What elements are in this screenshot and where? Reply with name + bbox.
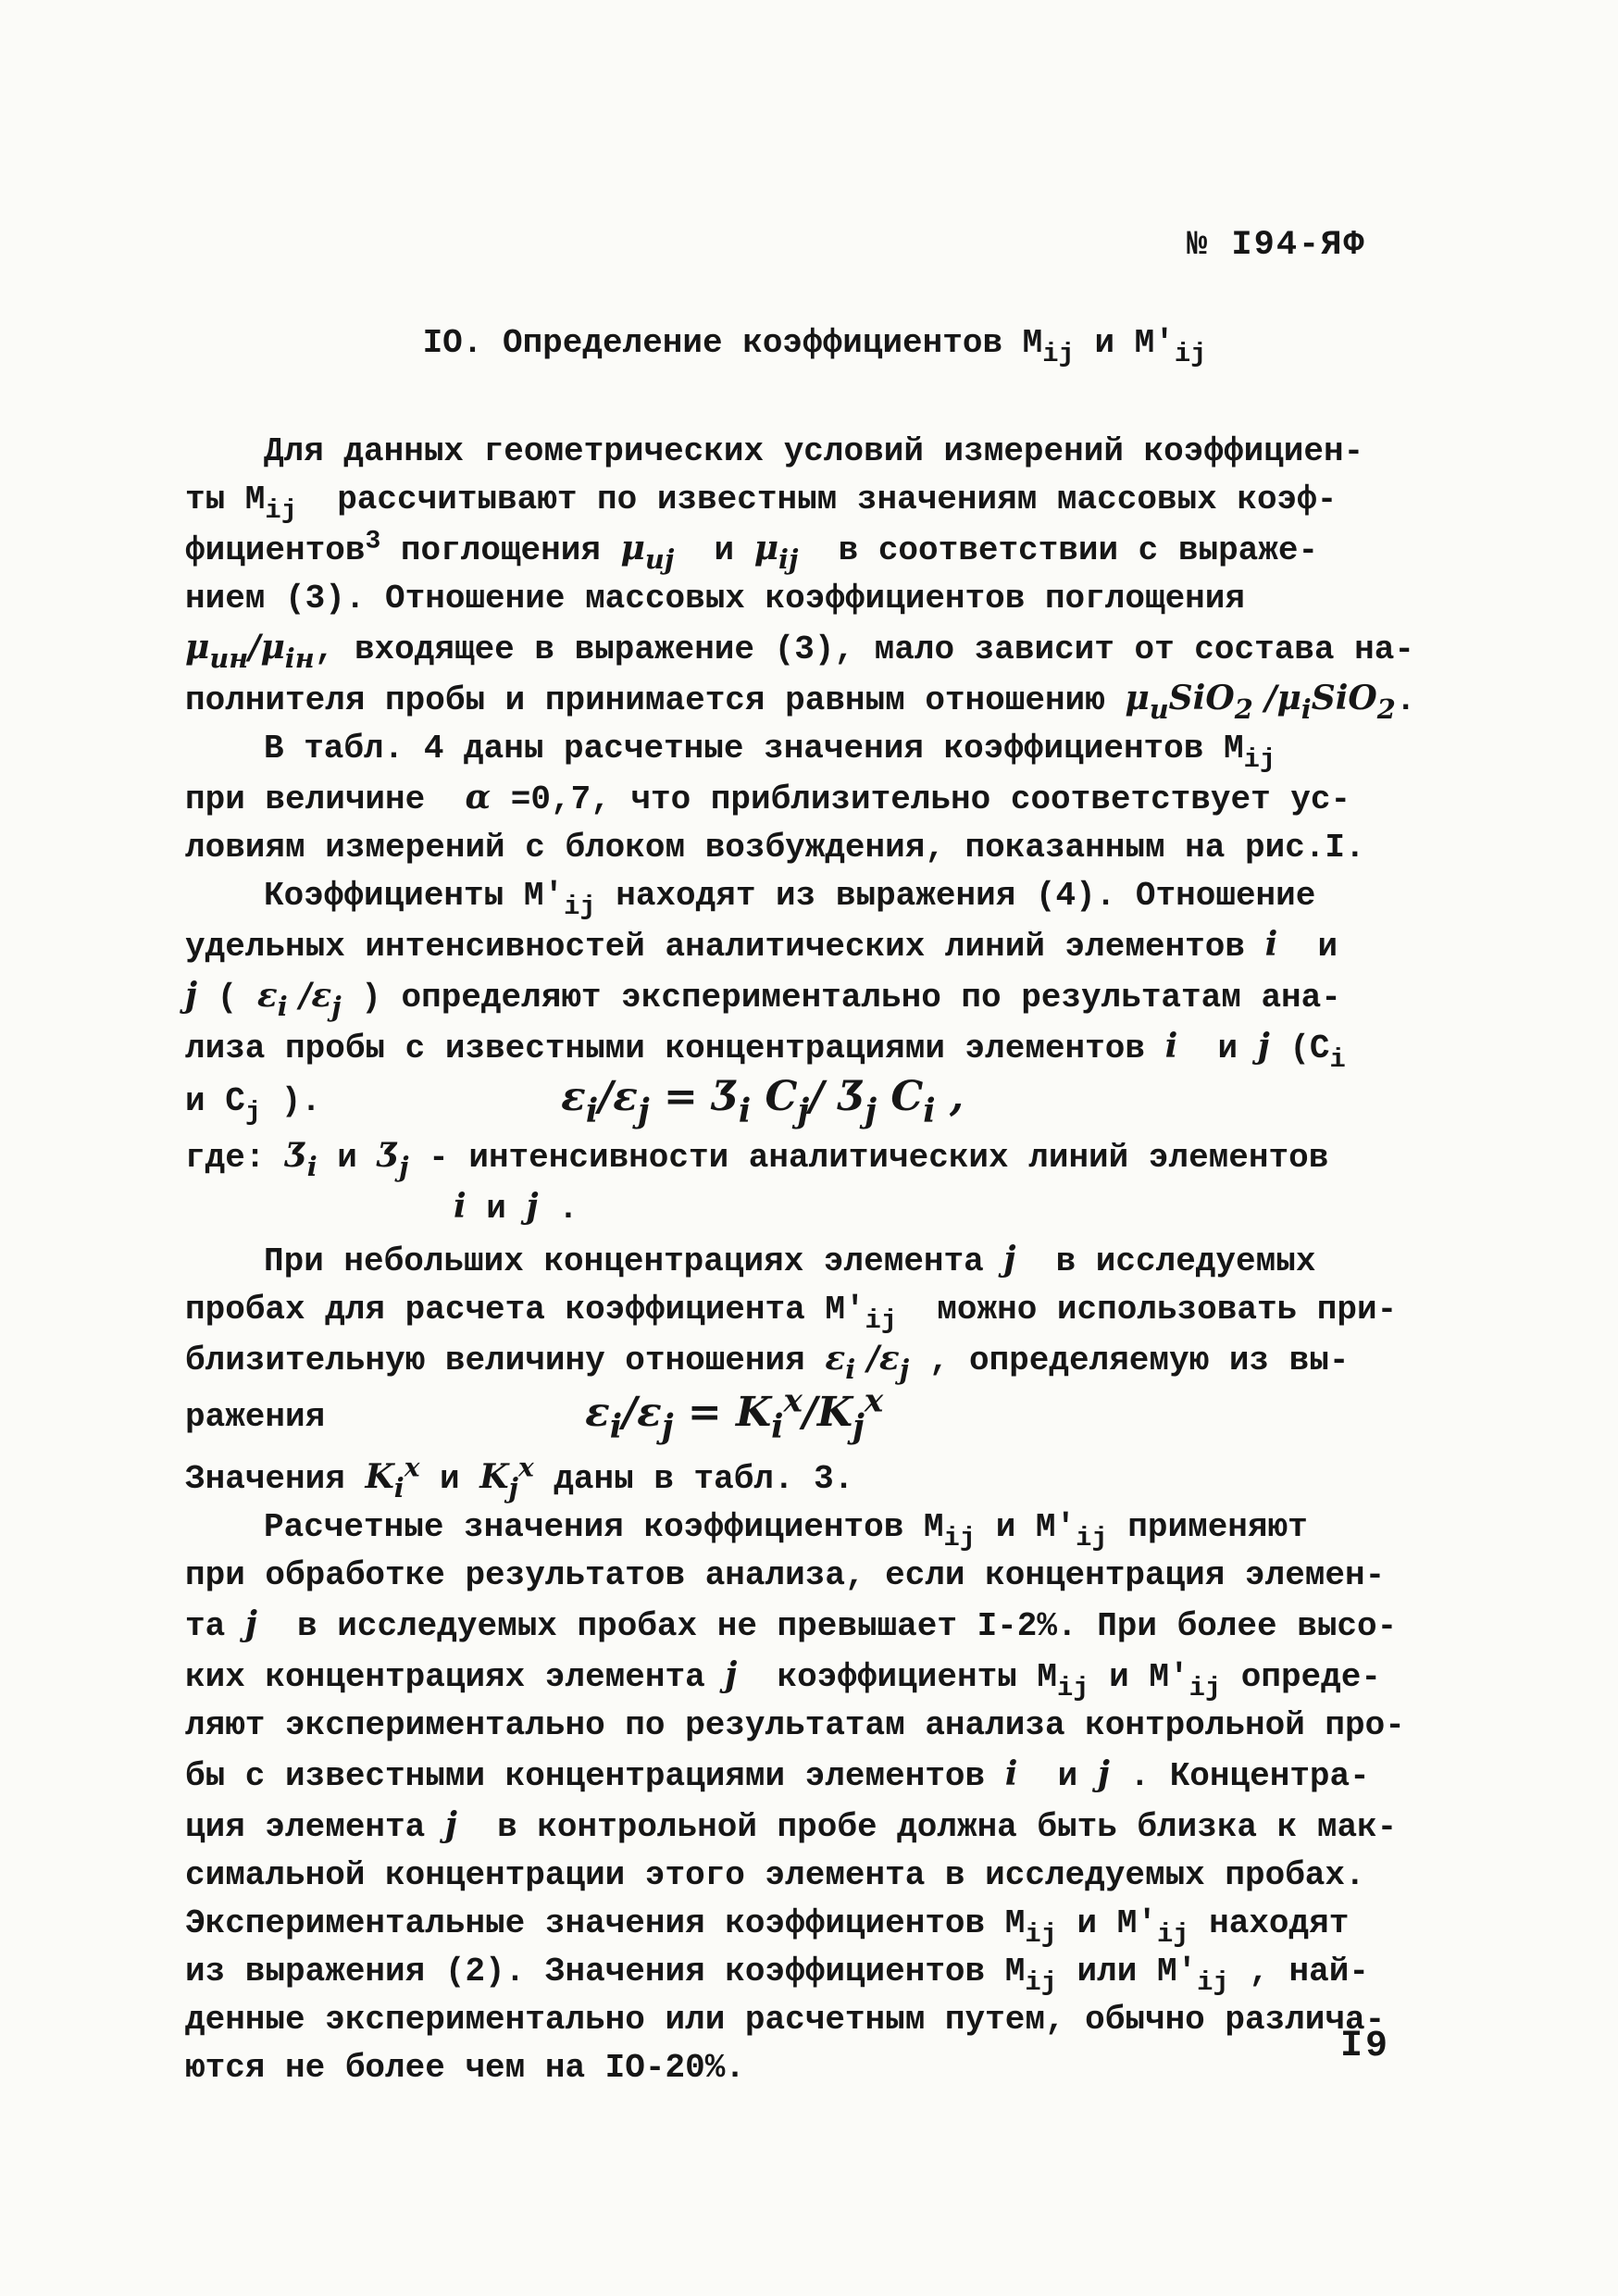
document-number: № I94-ЯФ: [1187, 226, 1366, 265]
text-line: ция элемента j в контрольной пробе должн…: [185, 1801, 1462, 1852]
body-text: Для данных геометрических условий измере…: [185, 428, 1462, 2092]
formula-line: и Cj ). εi/εj = Ʒi Cj/ Ʒj Ci ,: [185, 1073, 1462, 1126]
page-title: IO. Определение коэффициентов Mij и M′ij: [185, 324, 1444, 362]
text-line: Экспериментальные значения коэффициентов…: [185, 1900, 1462, 1948]
text-line: при обработке результатов анализа, если …: [185, 1552, 1462, 1600]
text-line: денные экспериментально или расчетным пу…: [185, 1996, 1462, 2044]
scanned-document-page: № I94-ЯФ IO. Определение коэффициентов M…: [0, 0, 1618, 2296]
text-line: Расчетные значения коэффициентов Mij и M…: [185, 1504, 1462, 1552]
text-line: ляют экспериментально по результатам ана…: [185, 1702, 1462, 1750]
text-line: нием (3). Отношение массовых коэффициент…: [185, 575, 1462, 623]
text-line: При небольших концентрациях элемента j в…: [185, 1235, 1462, 1286]
text-line: фициентов3 поглощения μиj и μij в соотве…: [185, 524, 1462, 575]
text-line: ловиям измерений с блоком возбуждения, п…: [185, 824, 1462, 872]
text-line: Значения Kix и Kjx даны в табл. 3.: [185, 1453, 1462, 1504]
text-line: ты Mij рассчитывают по известным значени…: [185, 476, 1462, 524]
text-line: μин/μiн, входящее в выражение (3), мало …: [185, 623, 1462, 674]
text-line: пробах для расчета коэффициента M′ij мож…: [185, 1286, 1462, 1334]
text-line: при величине α =0,7, что приблизительно …: [185, 773, 1462, 824]
text-line: близительную величину отношения εi /εj ,…: [185, 1334, 1462, 1385]
text-line: i и j .: [185, 1182, 1462, 1233]
text-line: лиза пробы с известными концентрациями э…: [185, 1022, 1462, 1073]
text-line: бы с известными концентрациями элементов…: [185, 1750, 1462, 1801]
text-line: та j в исследуемых пробах не превышает I…: [185, 1600, 1462, 1651]
text-line: В табл. 4 даны расчетные значения коэффи…: [185, 725, 1462, 773]
text-line: ких концентрациях элемента j коэффициент…: [185, 1651, 1462, 1702]
text-line: удельных интенсивностей аналитических ли…: [185, 920, 1462, 971]
text-line: симальной концентрации этого элемента в …: [185, 1852, 1462, 1900]
page-number: I9: [1340, 2026, 1390, 2067]
text-line: Для данных геометрических условий измере…: [185, 428, 1462, 476]
text-line: полнителя пробы и принимается равным отн…: [185, 674, 1462, 725]
text-line: где: Ʒi и Ʒj - интенсивности аналитическ…: [185, 1131, 1462, 1182]
text-line: из выражения (2). Значения коэффициентов…: [185, 1948, 1462, 1996]
text-line: Коэффициенты M′ij находят из выражения (…: [185, 872, 1462, 920]
text-line: ются не более чем на IO-20%.: [185, 2044, 1462, 2092]
formula-line: ражения εi/εj = Kix/Kjx: [185, 1389, 1462, 1441]
text-line: j ( εi /εj ) определяют экспериментально…: [185, 971, 1462, 1022]
